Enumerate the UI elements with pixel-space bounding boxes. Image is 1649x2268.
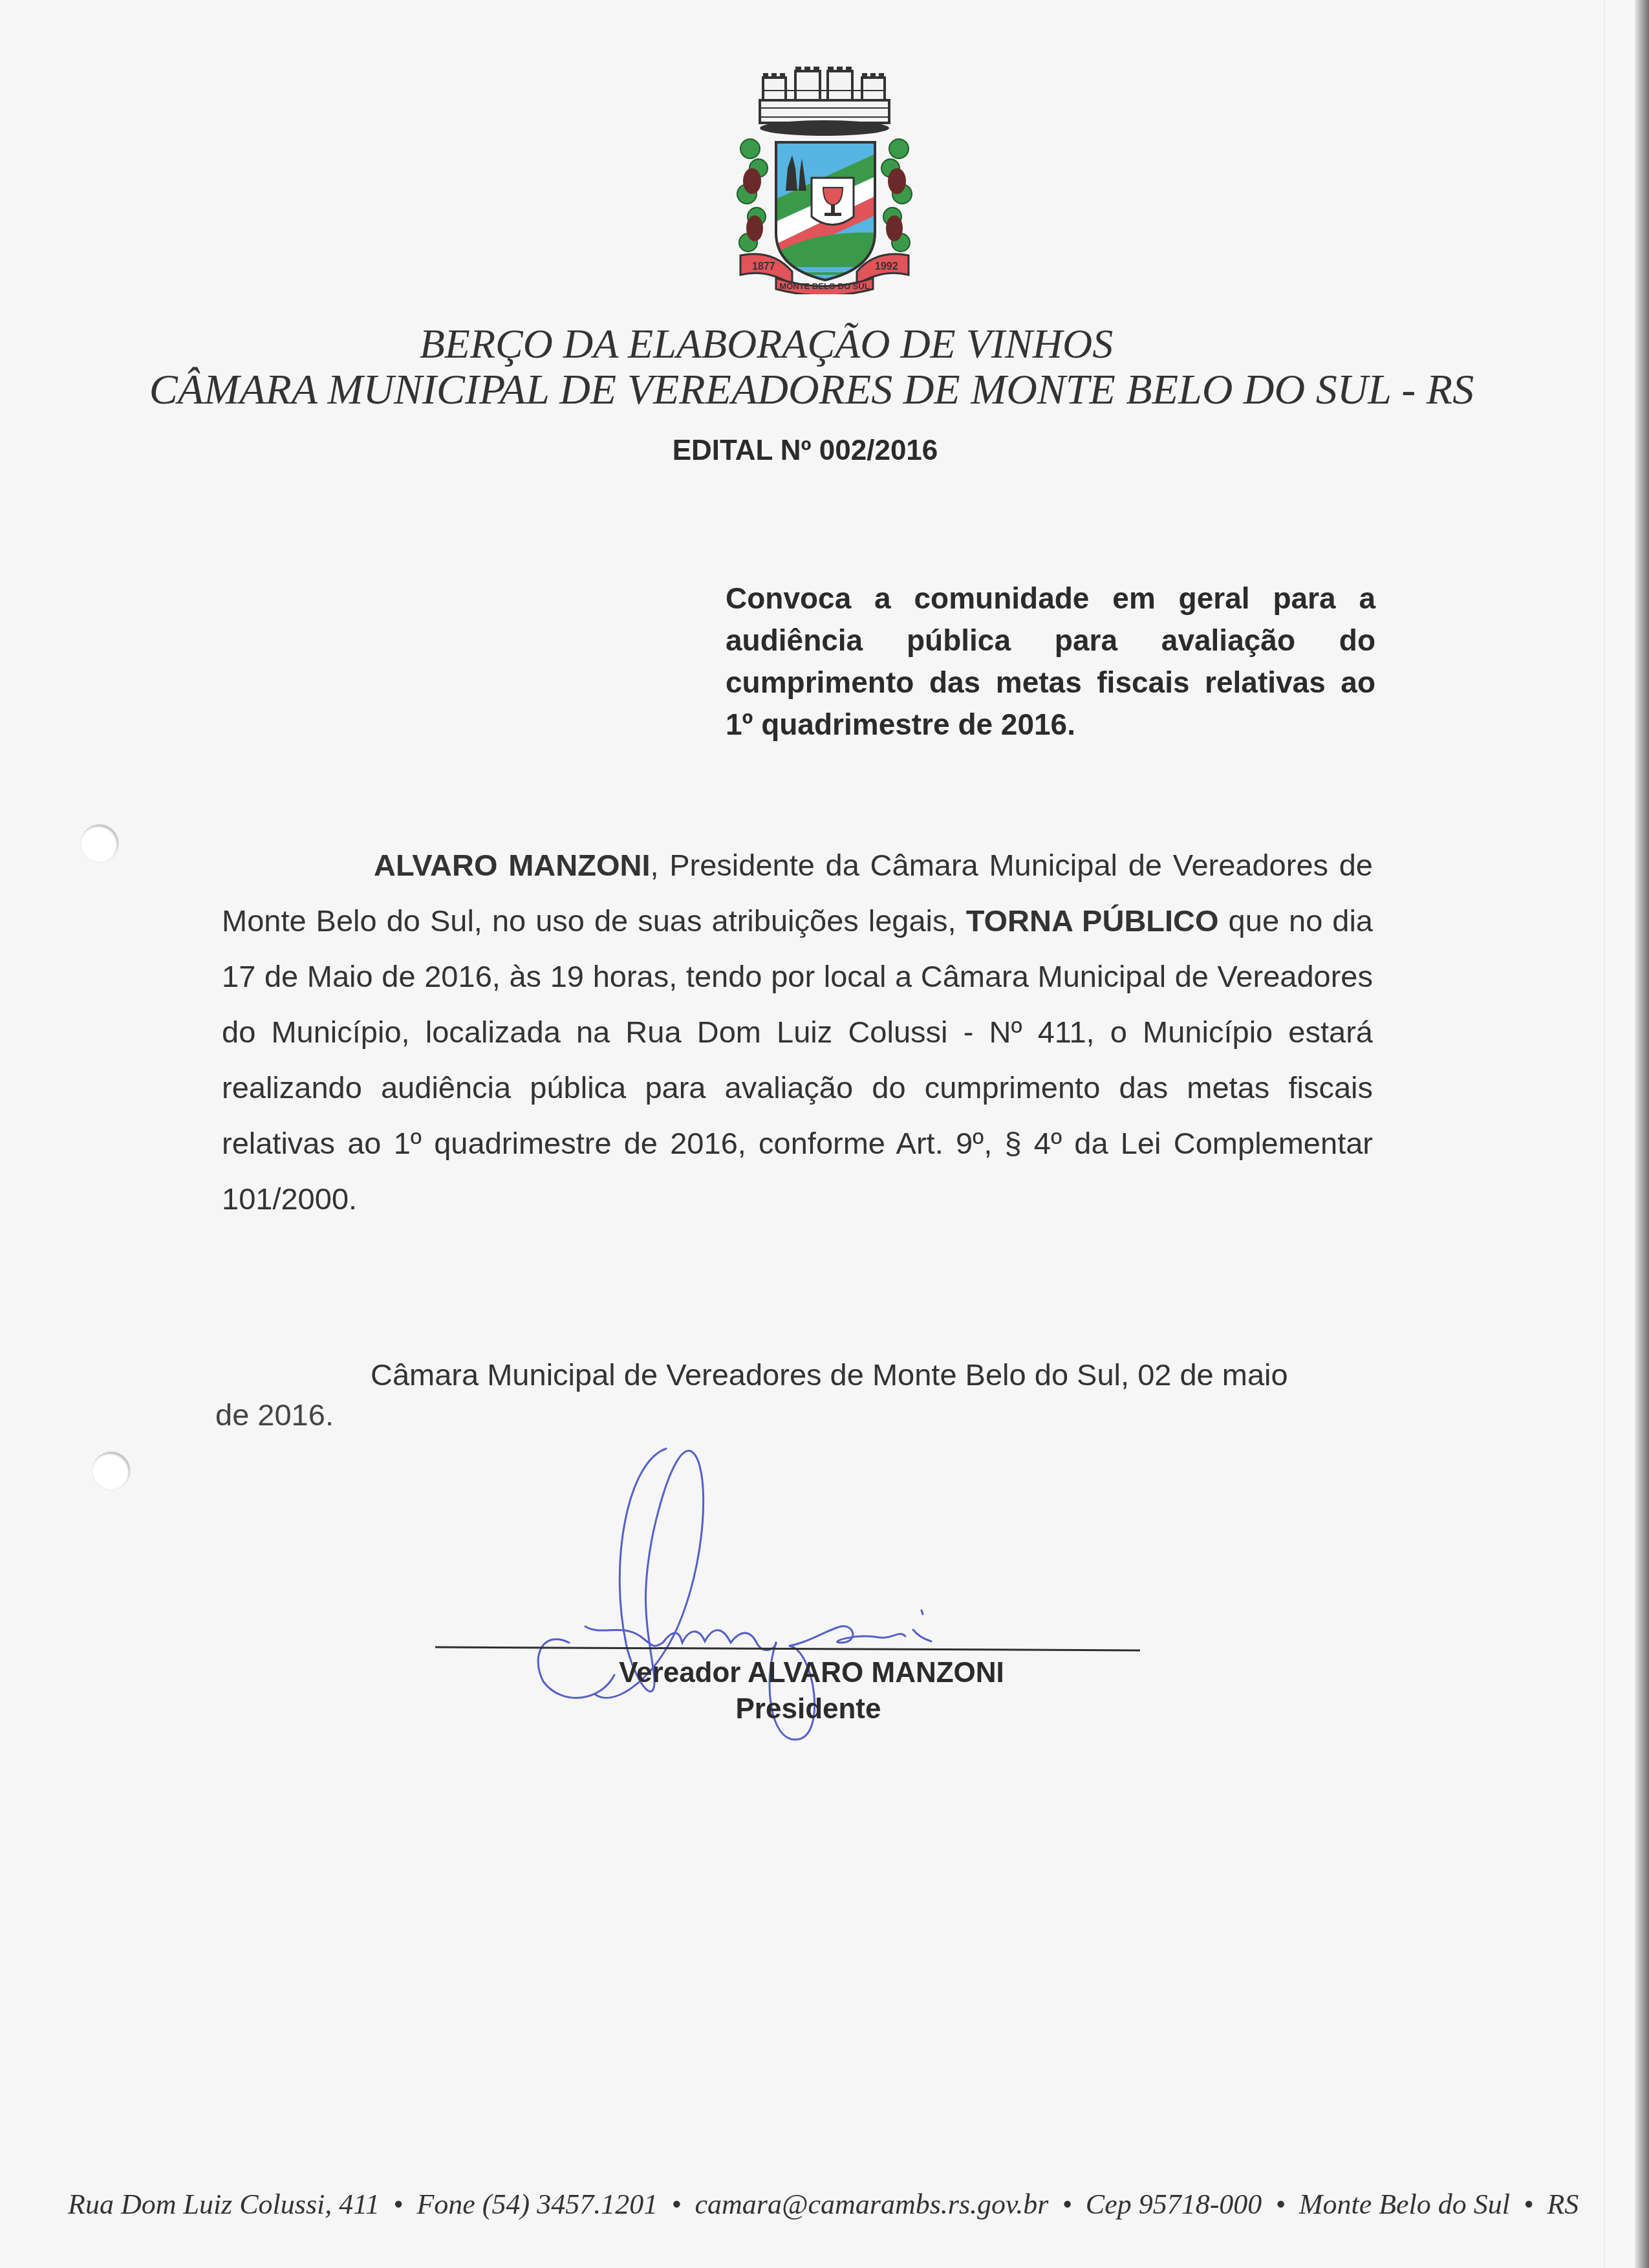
edital-summary: Convoca a comunidade em geral para a aud… (726, 578, 1375, 746)
coat-of-arms-icon: 1877 1992 MONTE BELO DO SUL (721, 61, 928, 294)
closing-line-1: Câmara Municipal de Vereadores de Monte … (371, 1357, 1288, 1392)
signatory-role: Presidente (0, 1693, 1633, 1725)
page-edge-line (1604, 0, 1605, 2268)
bullet-icon: • (393, 2188, 403, 2220)
edital-body: ALVARO MANZONI, Presidente da Câmara Mun… (222, 837, 1373, 1227)
footer-address: Rua Dom Luiz Colussi, 411 (68, 2188, 380, 2220)
closing-place-date: Câmara Municipal de Vereadores de Monte … (222, 1355, 1373, 1395)
svg-text:1992: 1992 (875, 261, 898, 272)
page-edge-shadow (1635, 0, 1649, 2268)
header-institution: CÂMARA MUNICIPAL DE VEREADORES DE MONTE … (0, 365, 1636, 415)
letterhead-footer: Rua Dom Luiz Colussi, 411 • Fone (54) 34… (68, 2188, 1575, 2221)
body-emphasis: TORNA PÚBLICO (966, 903, 1219, 938)
footer-email: camara@camarambs.rs.gov.br (695, 2188, 1049, 2220)
punch-hole-icon (92, 1452, 130, 1489)
footer-state: RS (1547, 2188, 1579, 2220)
edital-title: EDITAL Nº 002/2016 (0, 435, 1630, 467)
president-name: ALVARO MANZONI (374, 848, 650, 882)
footer-cep: Cep 95718-000 (1086, 2188, 1262, 2220)
header-motto: BERÇO DA ELABORAÇÃO DE VINHOS (0, 320, 1591, 368)
footer-phone: Fone (54) 3457.1201 (416, 2188, 658, 2220)
bullet-icon: • (1275, 2188, 1285, 2220)
footer-city: Monte Belo do Sul (1299, 2188, 1510, 2220)
svg-text:1877: 1877 (752, 261, 775, 272)
signatory-name: Vereador ALVARO MANZONI (0, 1657, 1636, 1689)
bullet-icon: • (1524, 2188, 1533, 2220)
bullet-icon: • (671, 2188, 681, 2220)
svg-text:MONTE BELO DO SUL: MONTE BELO DO SUL (779, 281, 869, 291)
closing-line-2: de 2016. (215, 1397, 334, 1432)
punch-hole-icon (81, 825, 118, 862)
body-part-2: que no dia 17 de Maio de 2016, às 19 hor… (222, 903, 1373, 1216)
bullet-icon: • (1062, 2188, 1072, 2220)
